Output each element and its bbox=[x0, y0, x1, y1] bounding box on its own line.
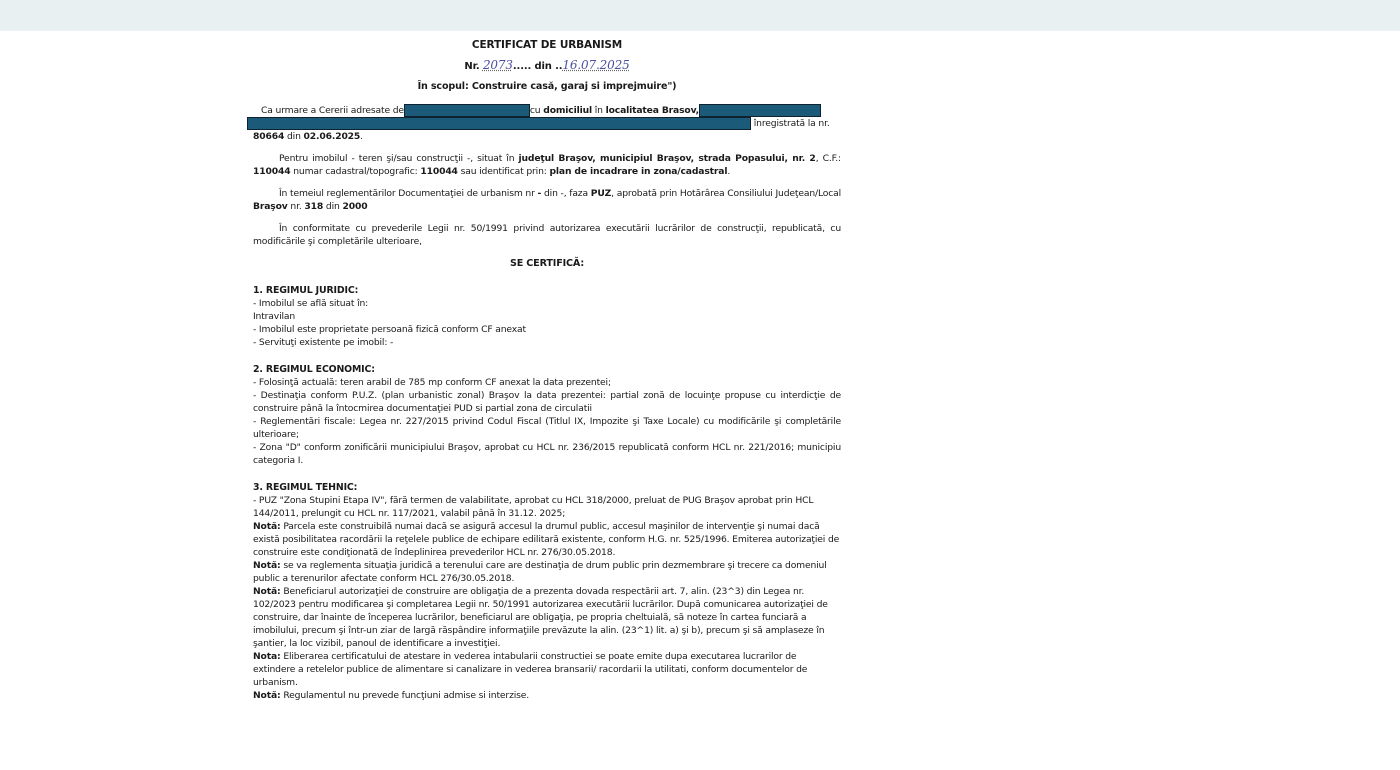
section-tehnic-body: - PUZ "Zona Stupini Etapa IV", fără term… bbox=[253, 494, 841, 702]
certifies-heading: SE CERTIFICĂ: bbox=[253, 257, 841, 270]
intro-line-1: Ca urmare a Cererii adresate decu domici… bbox=[253, 104, 841, 117]
certificate-date: 16.07.2025 bbox=[562, 58, 629, 72]
economic-line: - Zona "D" conform zonificării municipiu… bbox=[253, 441, 841, 467]
economic-line: - Reglementări fiscale: Legea nr. 227/20… bbox=[253, 415, 841, 441]
conformity-paragraph: În conformitate cu prevederile Legii nr.… bbox=[253, 222, 841, 248]
nr-label: Nr. bbox=[464, 61, 479, 72]
section-tehnic-heading: 3. REGIMUL TEHNIC: bbox=[253, 481, 841, 494]
intro-line-3: 80664 din 02.06.2025. bbox=[253, 130, 841, 143]
tehnic-note: Notă: Beneficiarul autorizaţiei de const… bbox=[253, 585, 841, 650]
purpose-line: În scopul: Construire casă, garaj si imp… bbox=[253, 80, 841, 94]
tehnic-note: Notă: se va reglementa situaţia juridică… bbox=[253, 559, 841, 585]
section-juridic-heading: 1. REGIMUL JURIDIC: bbox=[253, 284, 841, 297]
certificate-number-line: Nr. 2073..... din ..16.07.2025 bbox=[253, 59, 841, 75]
registration-number: 80664 bbox=[253, 131, 284, 142]
document-title: CERTIFICAT DE URBANISM bbox=[253, 39, 841, 53]
property-paragraph: Pentru imobilul - teren şi/sau construcţ… bbox=[253, 152, 841, 178]
redacted-address-1 bbox=[699, 104, 821, 117]
basis-paragraph: În temeiul reglementărilor Documentaţiei… bbox=[253, 187, 841, 213]
redacted-name bbox=[404, 104, 530, 117]
section-economic-body: - Folosinţă actuală: teren arabil de 785… bbox=[253, 376, 841, 467]
juridic-line: - Imobilul se află situat în: bbox=[253, 297, 841, 310]
document-page: CERTIFICAT DE URBANISM Nr. 2073..... din… bbox=[253, 31, 841, 702]
section-juridic-body: - Imobilul se află situat în: Intravilan… bbox=[253, 297, 841, 349]
tehnic-note: Nota: Eliberarea certificatului de atest… bbox=[253, 650, 841, 689]
juridic-line: - Servituţi existente pe imobil: - bbox=[253, 336, 841, 349]
juridic-line: - Imobilul este proprietate persoană fiz… bbox=[253, 323, 841, 336]
tehnic-note: Notă: Parcela este construibilă numai da… bbox=[253, 520, 841, 559]
economic-line: - Destinaţia conform P.U.Z. (plan urbani… bbox=[253, 389, 841, 415]
registration-date: 02.06.2025 bbox=[304, 131, 361, 142]
juridic-line: Intravilan bbox=[253, 310, 841, 323]
section-economic-heading: 2. REGIMUL ECONOMIC: bbox=[253, 363, 841, 376]
certificate-number: 2073 bbox=[483, 58, 513, 72]
tehnic-note: Notă: Regulamentul nu prevede funcţiuni … bbox=[253, 689, 841, 702]
economic-line: - Folosinţă actuală: teren arabil de 785… bbox=[253, 376, 841, 389]
intro-line-2: înregistrată la nr. bbox=[253, 117, 841, 130]
tehnic-puz: - PUZ "Zona Stupini Etapa IV", fără term… bbox=[253, 494, 841, 520]
redacted-address-2 bbox=[247, 117, 751, 130]
din-label: din bbox=[534, 61, 551, 72]
viewer-top-bar bbox=[0, 0, 1400, 31]
